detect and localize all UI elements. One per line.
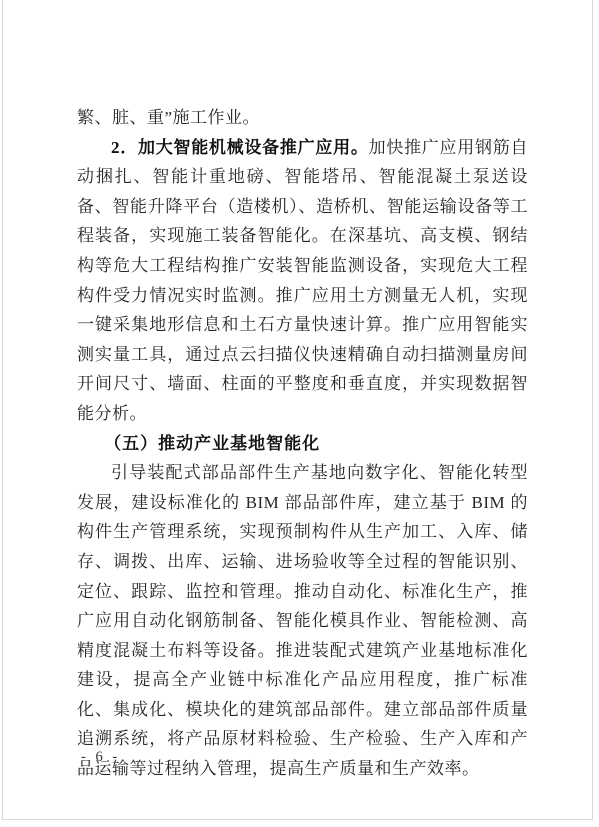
paragraph: 引导装配式部品部件生产基地向数字化、智能化转型发展，建设标准化的 BIM 部品部… [77,458,528,784]
page-number: - 6 - [81,749,120,766]
section-heading: （五）推动产业基地智能化 [77,429,528,459]
text-run: （五）推动产业基地智能化 [104,434,320,453]
text-run: 繁、脏、重”施工作业。 [77,108,260,127]
paragraph: 2．加大智能机械设备推广应用。加快推广应用钢筋自动捆扎、智能计重地磅、智能塔吊、… [77,133,528,429]
text-run: 2．加大智能机械设备推广应用。 [111,138,369,157]
text-run: 引导装配式部品部件生产基地向数字化、智能化转型发展，建设标准化的 BIM 部品部… [77,463,528,778]
document-page: 繁、脏、重”施工作业。2．加大智能机械设备推广应用。加快推广应用钢筋自动捆扎、智… [2,0,593,820]
paragraph: 繁、脏、重”施工作业。 [77,103,528,133]
text-run: 加快推广应用钢筋自动捆扎、智能计重地磅、智能塔吊、智能混凝土泵送设备、智能升降平… [77,138,528,423]
document-body: 繁、脏、重”施工作业。2．加大智能机械设备推广应用。加快推广应用钢筋自动捆扎、智… [77,103,528,784]
